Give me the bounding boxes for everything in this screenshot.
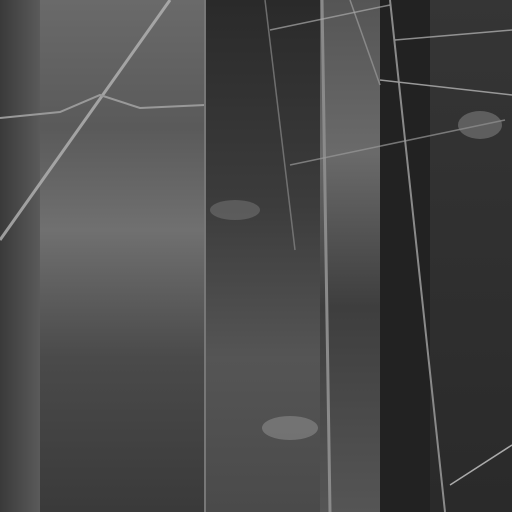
aerial-photo <box>0 0 512 512</box>
field-lines <box>0 0 512 512</box>
